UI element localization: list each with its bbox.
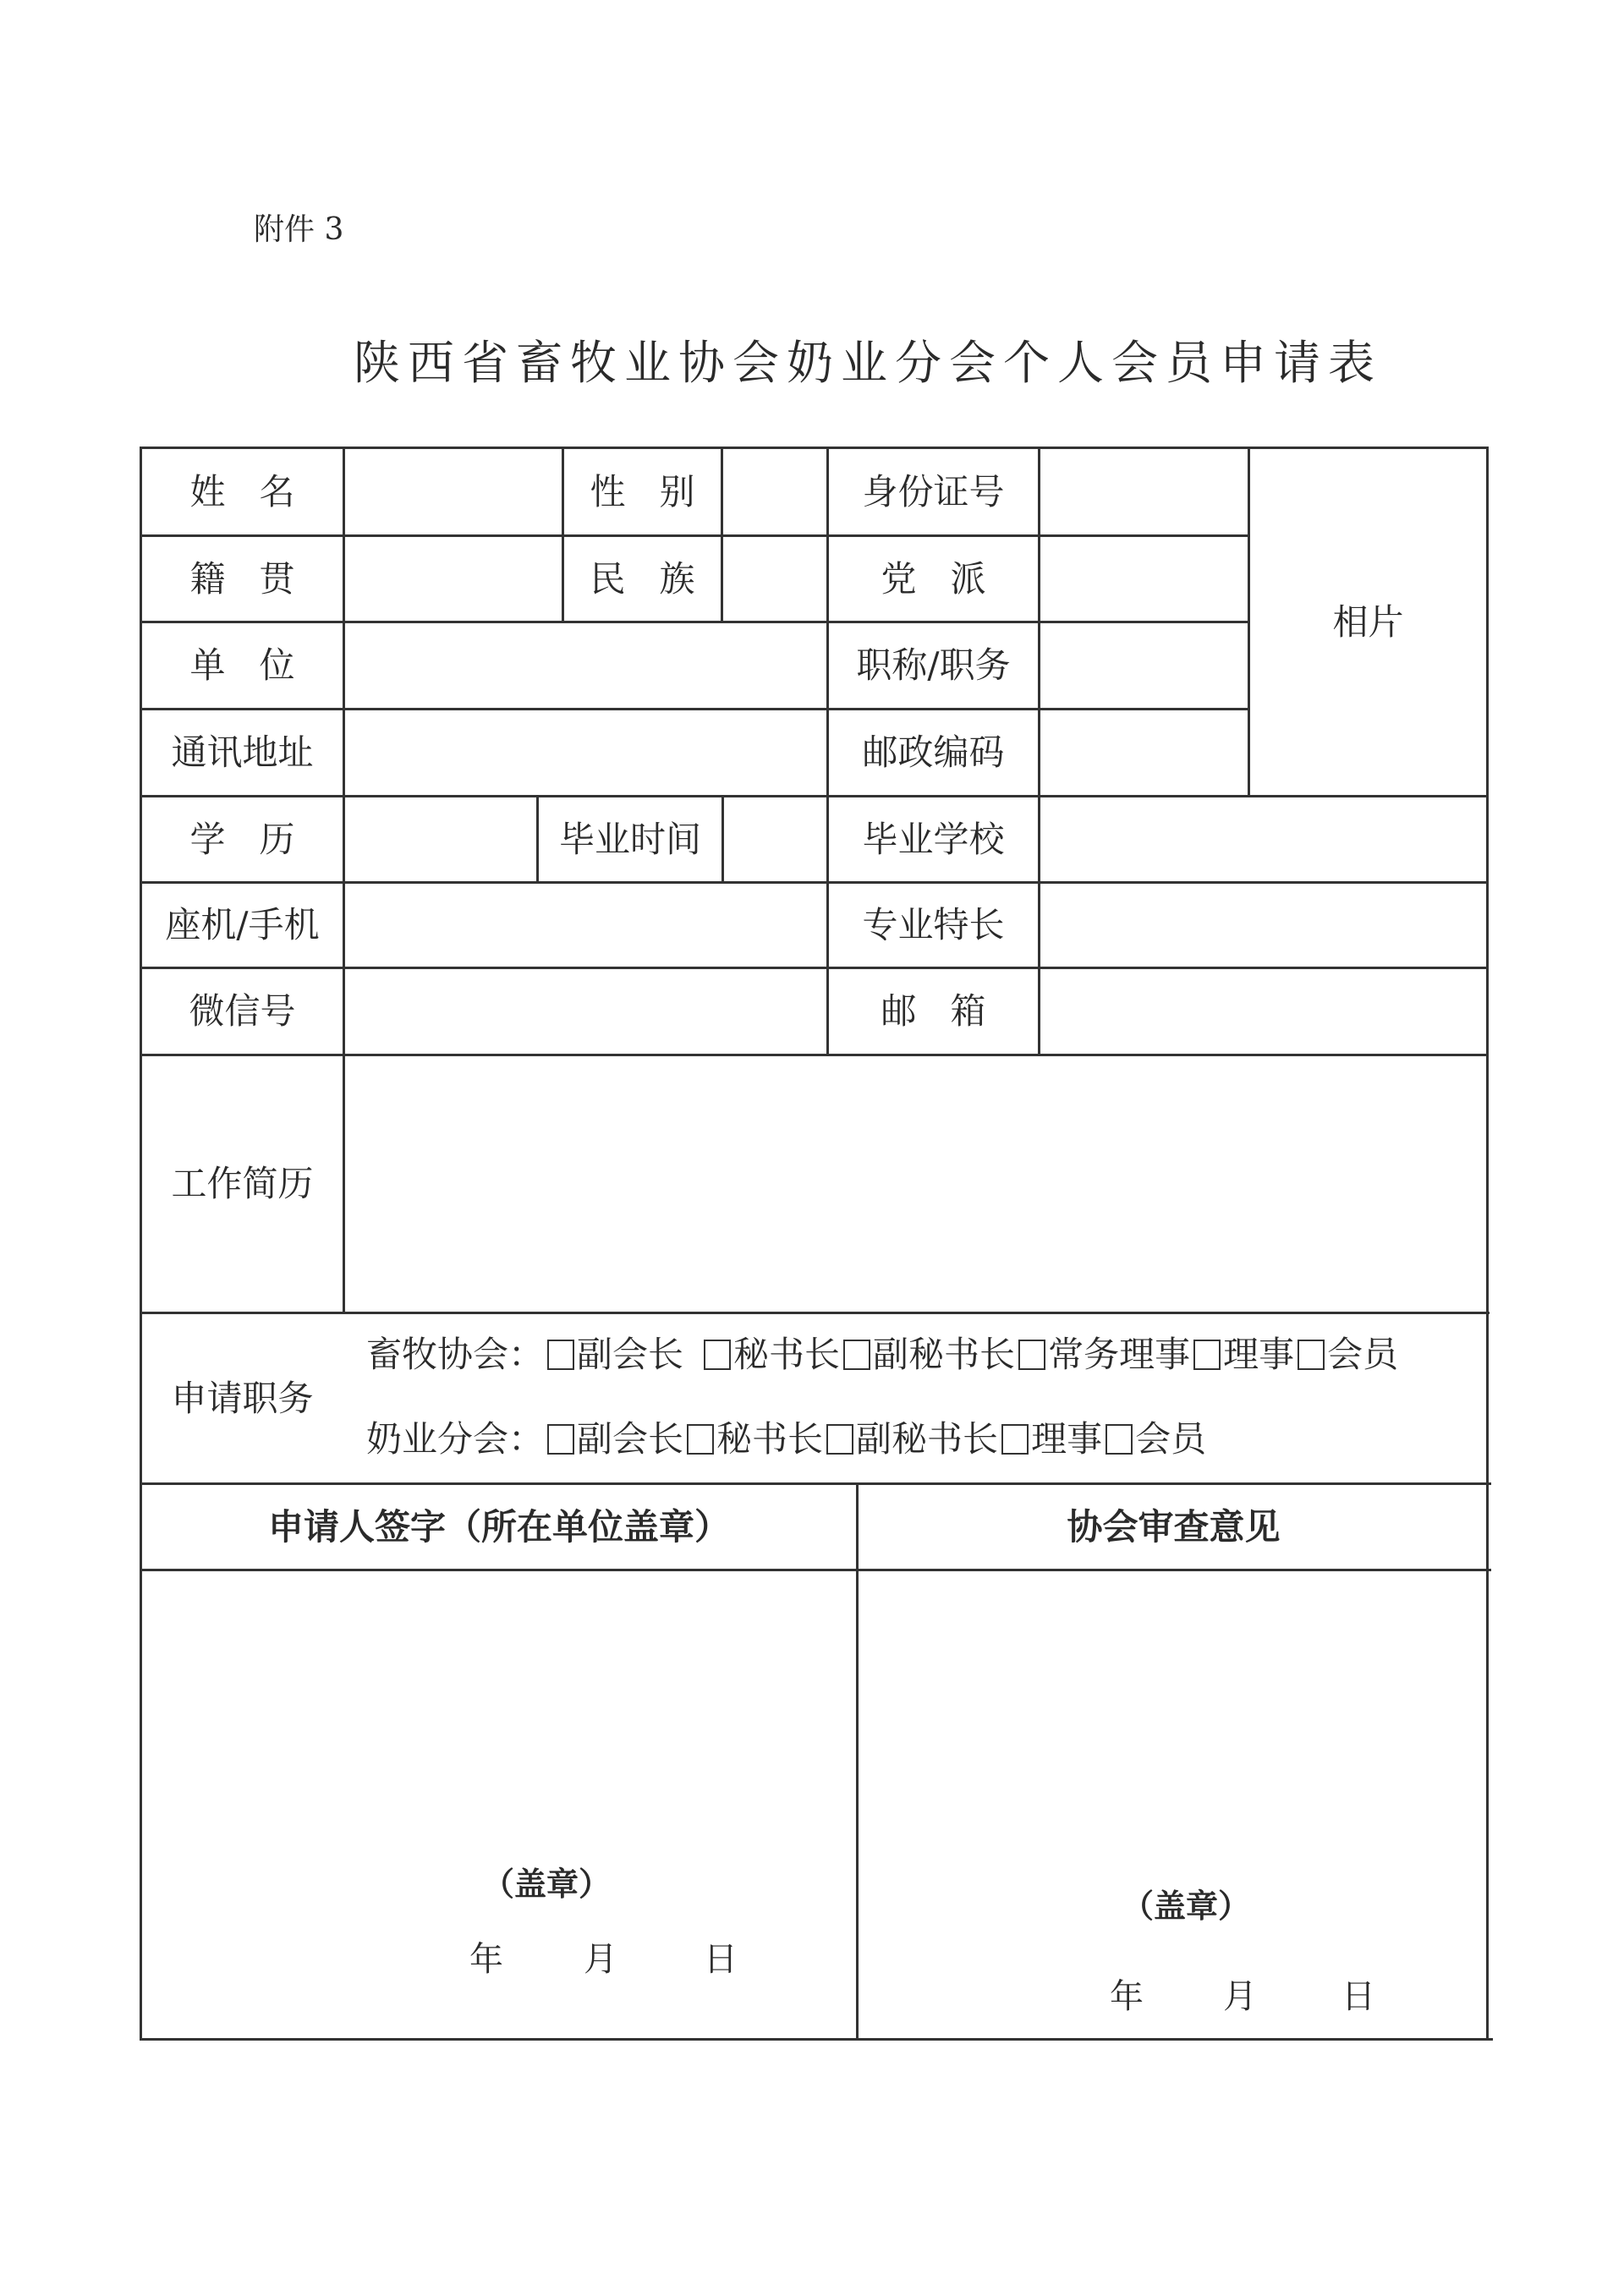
title-position-label: 职称/职务 (856, 644, 1010, 687)
ethnicity-field[interactable] (723, 537, 826, 621)
id-number-label-cell: 身份证号 (829, 449, 1038, 534)
native-place-label-cell: 籍贯 (142, 537, 343, 621)
name-label: 姓名 (189, 471, 328, 513)
specialty-label-cell: 专业特长 (829, 884, 1038, 967)
wechat-field[interactable] (345, 969, 826, 1054)
address-label: 通讯地址 (171, 732, 313, 774)
graduation-school-field[interactable] (1040, 797, 1486, 881)
id-number-label: 身份证号 (862, 471, 1004, 513)
option-label: 理事 (1031, 1418, 1102, 1460)
email-label-cell: 邮箱 (829, 969, 1038, 1054)
applicant-date-day: 日 (704, 1940, 738, 1979)
employer-field[interactable] (345, 623, 826, 708)
gender-label-cell: 性别 (564, 449, 721, 534)
option-label: 副秘书长 (856, 1418, 998, 1460)
graduation-school-label: 毕业学校 (862, 819, 1004, 861)
table-border-bottom (141, 2038, 1493, 2041)
email-label: 邮箱 (881, 990, 1019, 1033)
option-label: 秘书长 (733, 1334, 840, 1375)
id-number-field[interactable] (1040, 449, 1248, 534)
address-label-cell: 通讯地址 (142, 710, 343, 795)
party-field[interactable] (1040, 537, 1248, 621)
education-label: 学历 (189, 819, 328, 861)
photo-cell[interactable]: 相片 (1250, 449, 1486, 795)
dairy-branch-label: 奶业分会： (366, 1418, 544, 1460)
form-title: 陕西省畜牧业协会奶业分会个人会员申请表 (354, 335, 1284, 391)
option-label: 副秘书长 (873, 1334, 1015, 1375)
applicant-signature-header-cell: 申请人签字（所在单位盖章） (142, 1485, 856, 1569)
livestock-association-positions: 畜牧协会：副会长秘书长副秘书长常务理事理事会员 (366, 1334, 1398, 1376)
party-label-cell: 党派 (829, 537, 1038, 621)
specialty-label: 专业特长 (862, 904, 1004, 946)
position-applied-label: 申请职务 (171, 1378, 313, 1420)
native-place-field[interactable] (345, 537, 562, 621)
work-history-field[interactable] (345, 1056, 1486, 1312)
party-label: 党派 (881, 558, 1019, 600)
graduation-school-label-cell: 毕业学校 (829, 797, 1038, 881)
option-label: 副会长 (577, 1418, 683, 1460)
name-field[interactable] (345, 449, 562, 534)
review-date-day: 日 (1341, 1977, 1375, 2016)
applicant-date-year: 年 (469, 1940, 503, 1979)
checkbox-livestock-member[interactable] (1298, 1340, 1325, 1370)
gender-label: 性别 (590, 471, 728, 513)
ethnicity-label: 民族 (590, 558, 728, 600)
applicant-seal-label: （盖章） (482, 1866, 611, 1903)
address-field[interactable] (345, 710, 826, 795)
checkbox-livestock-deputy-secretary-general[interactable] (843, 1340, 870, 1370)
review-date-year: 年 (1110, 1977, 1144, 2016)
option-label: 常务理事 (1048, 1334, 1190, 1375)
applicant-date-month: 月 (584, 1940, 617, 1979)
checkbox-livestock-secretary-general[interactable] (704, 1340, 731, 1370)
postcode-label: 邮政编码 (862, 732, 1004, 774)
graduation-time-label-cell: 毕业时间 (539, 797, 721, 881)
option-label: 副会长 (577, 1334, 683, 1375)
checkbox-livestock-vice-president[interactable] (547, 1340, 574, 1370)
checkbox-livestock-director[interactable] (1193, 1340, 1221, 1370)
photo-label: 相片 (1332, 601, 1403, 644)
checkbox-dairy-director[interactable] (1001, 1424, 1029, 1455)
postcode-label-cell: 邮政编码 (829, 710, 1038, 795)
wechat-label: 微信号 (189, 990, 295, 1033)
option-label: 理事 (1223, 1334, 1294, 1375)
checkbox-dairy-member[interactable] (1106, 1424, 1133, 1455)
ethnicity-label-cell: 民族 (564, 537, 721, 621)
review-date-month: 月 (1223, 1977, 1257, 2016)
graduation-time-field[interactable] (724, 797, 826, 881)
work-history-label: 工作简历 (171, 1163, 313, 1205)
employer-label-cell: 单位 (142, 623, 343, 708)
email-field[interactable] (1040, 969, 1486, 1054)
native-place-label: 籍贯 (189, 558, 328, 600)
review-seal-label: （盖章） (1122, 1888, 1250, 1925)
education-label-cell: 学历 (142, 797, 343, 881)
phone-label-cell: 座机/手机 (142, 884, 343, 967)
dairy-branch-positions: 奶业分会：副会长秘书长副秘书长理事会员 (366, 1418, 1206, 1460)
title-position-field[interactable] (1040, 623, 1248, 708)
education-field[interactable] (345, 797, 536, 881)
specialty-field[interactable] (1040, 884, 1486, 967)
attachment-label: 附件 3 (254, 211, 343, 249)
work-history-label-cell: 工作简历 (142, 1056, 343, 1312)
checkbox-dairy-deputy-secretary-general[interactable] (826, 1424, 853, 1455)
livestock-association-label: 畜牧协会： (366, 1334, 544, 1375)
checkbox-dairy-vice-president[interactable] (547, 1424, 574, 1455)
title-position-label-cell: 职称/职务 (829, 623, 1038, 708)
gender-field[interactable] (723, 449, 826, 534)
postcode-field[interactable] (1040, 710, 1248, 795)
option-label: 会员 (1135, 1418, 1206, 1460)
name-label-cell: 姓名 (142, 449, 343, 534)
checkbox-dairy-secretary-general[interactable] (687, 1424, 714, 1455)
position-applied-label-cell: 申请职务 (142, 1314, 343, 1482)
wechat-label-cell: 微信号 (142, 969, 343, 1054)
association-review-header-cell: 协会审查意见 (859, 1485, 1489, 1569)
applicant-signature-header: 申请人签字（所在单位盖章） (268, 1506, 730, 1548)
association-review-area[interactable] (859, 1571, 1486, 2038)
table-border-right (1486, 447, 1489, 2041)
option-label: 秘书长 (716, 1418, 823, 1460)
checkbox-livestock-standing-director[interactable] (1018, 1340, 1045, 1370)
phone-label: 座机/手机 (165, 904, 319, 946)
graduation-time-label: 毕业时间 (559, 819, 701, 861)
option-label: 会员 (1327, 1334, 1398, 1375)
phone-field[interactable] (345, 884, 826, 967)
employer-label: 单位 (189, 644, 328, 687)
association-review-header: 协会审查意见 (1067, 1506, 1280, 1548)
